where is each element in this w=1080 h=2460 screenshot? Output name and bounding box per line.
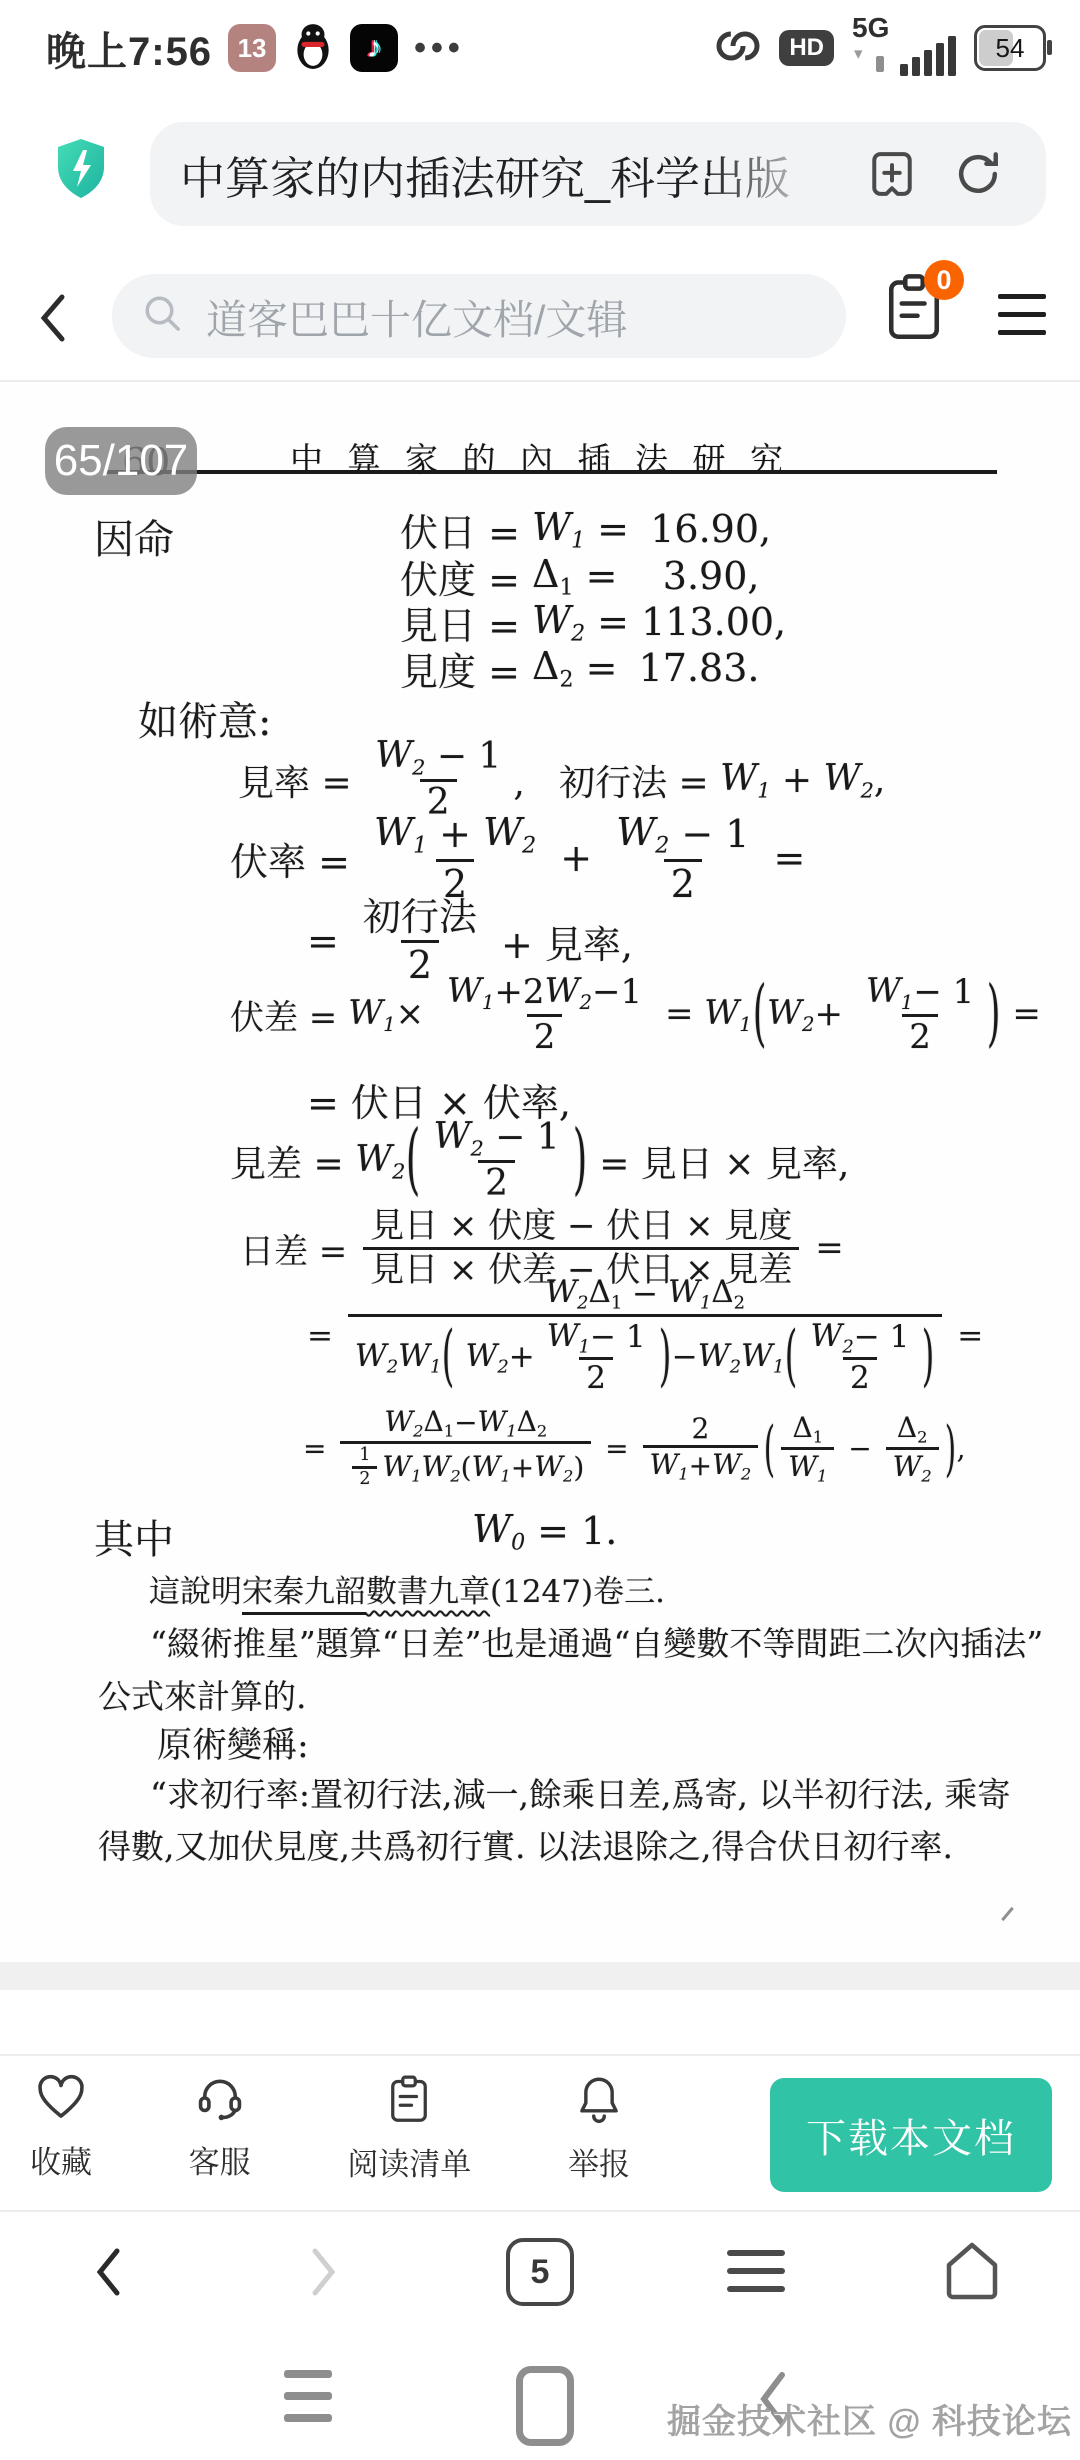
doc-label: 原術變稱:	[157, 1718, 309, 1768]
math-token: =	[947, 1318, 983, 1354]
math-token: W1	[447, 972, 495, 1013]
math-token: ,	[957, 1432, 966, 1465]
math-token: 伏差 =	[230, 990, 348, 1039]
divider	[0, 380, 1080, 382]
battery-percent: 54	[996, 33, 1025, 64]
toolbar-item-reading-list[interactable]: 阅读清单	[347, 2074, 471, 2184]
math-token: Δ1W1	[781, 1411, 834, 1486]
math-token: W2	[483, 811, 536, 858]
math-token: W2	[355, 1339, 398, 1376]
math-token: 2	[909, 1018, 931, 1056]
math-token: =	[585, 600, 641, 644]
math-token: 見率 =	[238, 755, 363, 806]
more-notifications-dots: •••	[414, 29, 465, 68]
math-token: W2	[532, 598, 585, 646]
math-token: (Δ1W1 − Δ2W2)	[763, 1411, 956, 1486]
hd-volte-icon: HD	[779, 30, 834, 66]
math-token: = 1.	[525, 1509, 617, 1553]
download-button[interactable]: 下载本文档	[770, 2078, 1052, 2192]
status-left: 晚上7:56 13 ♪ •••	[46, 0, 465, 96]
math-token: W1	[866, 972, 914, 1013]
toolbar-item-headset[interactable]: 客服	[189, 2074, 251, 2184]
math-token: +	[427, 813, 483, 856]
toolbar-items: 收藏客服阅读清单举报	[30, 2074, 630, 2184]
nav-home-button[interactable]	[864, 2212, 1080, 2332]
math-token: W1	[668, 1275, 711, 1312]
formula-line: 見度 = Δ2 = 17.83.	[400, 645, 759, 691]
doc-label: 其中	[94, 1508, 174, 1565]
page-indicator-badge: 65/107	[45, 427, 197, 495]
math-token: =	[307, 1318, 343, 1354]
math-token: 2	[534, 1018, 556, 1056]
math-token: W1	[704, 993, 752, 1035]
refresh-icon[interactable]	[950, 146, 1006, 207]
math-token: =	[573, 554, 629, 598]
formula-line: 伏日 = W1 = 16.90,	[400, 506, 771, 552]
toolbar-item-label: 阅读清单	[347, 2139, 471, 2184]
math-token: 12	[352, 1445, 377, 1491]
math-token: − 1	[913, 973, 974, 1011]
math-token: W2	[810, 1319, 853, 1356]
math-token: +	[770, 760, 823, 801]
math-token: − 1	[590, 1320, 646, 1355]
math-token: W2	[465, 1339, 508, 1376]
math-token: −	[622, 1277, 668, 1312]
math-token: Δ2	[517, 1406, 548, 1440]
math-token: W2	[534, 1451, 573, 1485]
math-token: W1	[398, 1339, 441, 1376]
toolbar-item-bell[interactable]: 举报	[568, 2074, 630, 2184]
reading-list-tray-icon[interactable]: 0	[884, 272, 948, 344]
site-search-row: 道客巴巴十亿文档/文辑 0	[0, 254, 1080, 382]
math-token: Δ1	[532, 552, 573, 600]
math-token: ,	[874, 760, 885, 801]
math-token: W2	[616, 811, 669, 858]
doc-label: 因命	[94, 508, 174, 565]
watermark: 掘金技术社区 @ 科技论坛	[667, 2394, 1072, 2443]
math-token: 見度 =	[400, 641, 532, 696]
math-token: W2	[545, 972, 593, 1013]
math-token: 1	[359, 1446, 370, 1465]
add-bookmark-icon[interactable]	[864, 146, 920, 207]
bottom-toolbar: 收藏客服阅读清单举报 下载本文档	[0, 2054, 1080, 2206]
math-token: =	[804, 1228, 843, 1268]
bell-icon	[576, 2074, 622, 2129]
math-token: = 見日 × 見率,	[588, 1136, 850, 1187]
math-token: − 1	[425, 737, 501, 777]
math-token: 2W1+W2	[643, 1412, 759, 1484]
system-home-icon[interactable]	[516, 2366, 574, 2446]
formula-line: = W2Δ1 − W1Δ2W2W1( W2+W1− 12)−W2W1(W2− 1…	[307, 1268, 983, 1404]
toolbar-item-label: 客服	[189, 2137, 251, 2182]
tray-count-badge: 0	[924, 260, 964, 300]
math-token: 2	[691, 1413, 709, 1444]
math-token: (W2− 12)	[784, 1318, 935, 1397]
back-icon[interactable]	[36, 292, 70, 349]
math-token: 見日 × 伏度 − 伏日 × 見度	[370, 1207, 792, 1245]
paragraph-line: 公式來計算的.	[98, 1671, 307, 1718]
math-token: Δ1	[792, 1412, 823, 1446]
math-token: W1	[532, 505, 585, 553]
search-icon	[142, 293, 184, 340]
math-token: 初行法	[363, 896, 477, 939]
url-field[interactable]: 中算家的内插法研究_科学出版	[150, 122, 1046, 226]
math-token: −	[839, 1432, 880, 1465]
math-token: 伏率 =	[230, 831, 362, 886]
formula-line: 見日 = W2 = 113.00,	[400, 599, 771, 645]
math-token: W2	[767, 993, 815, 1035]
toolbar-item-heart[interactable]: 收藏	[30, 2074, 92, 2184]
math-token: 16.90,	[641, 507, 771, 551]
formula-line: 伏度 = Δ1 = 3.90,	[400, 553, 759, 599]
paragraph-line: 得數,又加伏見度,共爲初行實. 以法退除之,得合伏日初行率.	[98, 1821, 953, 1868]
math-token: −	[672, 1340, 698, 1375]
math-token: − 1	[669, 813, 749, 856]
interlocked-rings-icon	[715, 26, 761, 71]
math-token: 見差 =	[230, 1136, 355, 1187]
math-token: −1	[592, 973, 642, 1011]
nav-forward-button[interactable]	[216, 2212, 432, 2332]
search-placeholder: 道客巴巴十亿文档/文辑	[206, 287, 627, 346]
math-token: ×	[396, 994, 435, 1034]
math-token: W1	[472, 1451, 511, 1485]
math-token: 3.90,	[629, 554, 759, 598]
tiktok-icon: ♪	[350, 24, 398, 72]
math-token: ( W2+W1− 12)	[441, 1318, 671, 1397]
phone-screen: 晚上7:56 13 ♪ ••• HD	[0, 0, 1080, 2460]
math-token: =	[654, 994, 704, 1034]
nav-menu-button[interactable]	[648, 2212, 864, 2332]
search-input[interactable]: 道客巴巴十亿文档/文辑	[112, 274, 846, 358]
formula-line: = W2Δ1−W1Δ212W1W2(W1+W2) = 2W1+W2(Δ1W1 −…	[303, 1388, 966, 1508]
math-token: +	[511, 1452, 534, 1483]
math-token: )	[573, 1452, 584, 1483]
heart-icon	[36, 2074, 86, 2127]
citation-segment: 宋秦九韶	[242, 1574, 366, 1615]
status-right: HD 5G ▾ 54	[715, 0, 1046, 96]
math-token: 113.00,	[641, 600, 771, 644]
math-token: W2	[433, 1117, 483, 1159]
reading-list-icon	[386, 2074, 432, 2129]
math-token: 2	[671, 863, 695, 906]
math-token: Δ1	[424, 1406, 455, 1440]
math-token: W1	[382, 1451, 421, 1485]
math-token: W1	[650, 1449, 689, 1483]
math-token: W1	[547, 1319, 590, 1356]
system-menu-icon[interactable]	[284, 2370, 332, 2436]
citation-segment: (1247)卷三.	[490, 1574, 665, 1610]
math-token	[456, 1340, 466, 1375]
math-token: =	[761, 836, 805, 880]
pencil-mark	[1001, 1907, 1014, 1921]
math-token: W2Δ1−W1Δ212W1W2(W1+W2)	[340, 1405, 591, 1492]
math-token: =	[585, 507, 641, 551]
page-gap-band	[0, 1962, 1080, 1990]
math-token: Δ2W2	[886, 1411, 939, 1486]
signal-5g-icon: 5G ▾	[852, 16, 956, 80]
browser-nav-bar: 5	[0, 2210, 1080, 2332]
math-token: W2	[893, 1451, 932, 1485]
math-token: , 初行法 =	[513, 755, 720, 806]
math-token: =	[303, 1432, 335, 1465]
header-rule	[105, 470, 997, 474]
math-token: − 1	[484, 1118, 560, 1158]
clock: 晚上7:56	[46, 20, 212, 77]
math-token: W2	[545, 1275, 588, 1312]
nav-tabs-button[interactable]: 5	[432, 2212, 648, 2332]
math-token: W1− 12	[540, 1318, 653, 1397]
math-token: +	[689, 1450, 712, 1481]
toolbar-item-label: 举报	[568, 2139, 630, 2184]
battery-icon: 54	[974, 25, 1046, 71]
toolbar-item-label: 收藏	[30, 2137, 92, 2182]
formula-line: 伏差 = W1× W1+2W2−12 = W1(W2+ W1− 12) =	[230, 956, 1041, 1072]
math-token: Δ2	[711, 1275, 745, 1312]
math-token: W1− 12	[859, 971, 981, 1057]
doc-label: 如術意:	[138, 690, 271, 747]
menu-icon[interactable]	[998, 294, 1046, 348]
math-token: W1+2W2−12	[440, 971, 649, 1057]
security-shield-icon[interactable]	[52, 136, 110, 207]
math-token: 日差 =	[240, 1224, 358, 1273]
math-token: W1	[788, 1451, 827, 1485]
math-token: W2	[698, 1339, 741, 1376]
headset-icon	[195, 2074, 245, 2127]
math-token: +	[509, 1340, 535, 1375]
math-token: W2	[422, 1451, 461, 1485]
math-token: =	[596, 1432, 637, 1465]
math-token: Δ2	[532, 644, 573, 692]
paragraph-line: “綴術推星”題算“日差”也是通過“自變數不等間距二次內插法”	[150, 1618, 1043, 1665]
citation-segment: 數書九章	[366, 1574, 490, 1610]
math-token: +	[548, 836, 604, 880]
signal-bars-icon	[900, 36, 956, 76]
status-bar: 晚上7:56 13 ♪ ••• HD	[0, 0, 1080, 96]
math-token: −	[454, 1407, 477, 1438]
math-token: 17.83.	[629, 646, 759, 690]
math-token: +2	[494, 973, 544, 1011]
math-token: W2− 12	[803, 1318, 916, 1397]
tab-count: 5	[506, 2238, 574, 2306]
math-token: W0	[472, 1507, 525, 1555]
math-token: W1	[720, 758, 770, 801]
math-token: W2	[355, 1139, 405, 1182]
math-token: − 1	[854, 1320, 910, 1355]
math-token: (W2+ W1− 12)	[752, 971, 1002, 1057]
math-token: W2	[375, 736, 425, 778]
citation-line: 這說明宋秦九韶數書九章(1247)卷三.	[149, 1566, 665, 1611]
math-token: W1	[478, 1406, 517, 1440]
notification-badge-icon: 13	[228, 24, 276, 72]
math-token: 2	[359, 1470, 370, 1489]
paragraph-line: “求初行率:置初行法,減一,餘乘日差,爲寄, 以半初行法, 乘寄	[150, 1769, 1010, 1816]
math-token: W1	[348, 993, 396, 1035]
network-arrow-icon: ▾	[854, 44, 863, 64]
math-token: (	[461, 1452, 472, 1483]
formula-line: W0 = 1.	[472, 1506, 617, 1556]
math-token: Δ2	[897, 1412, 928, 1446]
math-token: W1	[374, 811, 427, 858]
math-token: W1	[741, 1339, 784, 1376]
citation-segment: 這說明	[149, 1574, 242, 1610]
math-token: W2	[384, 1406, 423, 1440]
math-token: W2Δ1 − W1Δ2W2W1( W2+W1− 12)−W2W1(W2− 12)	[348, 1274, 943, 1397]
address-bar: 中算家的内插法研究_科学出版	[0, 96, 1080, 254]
math-token: +	[815, 994, 854, 1034]
math-token: =	[573, 646, 629, 690]
qq-penguin-icon	[292, 22, 334, 75]
math-token: Δ1	[588, 1275, 622, 1312]
math-token: W2	[824, 758, 874, 801]
math-token: =	[1002, 994, 1041, 1034]
nav-back-button[interactable]	[0, 2212, 216, 2332]
document-page[interactable]: 60 中 算 家 的 內 插 法 研 究 65/107 伏日 = W1 = 16…	[0, 384, 1080, 1962]
math-token: W2	[712, 1449, 751, 1483]
